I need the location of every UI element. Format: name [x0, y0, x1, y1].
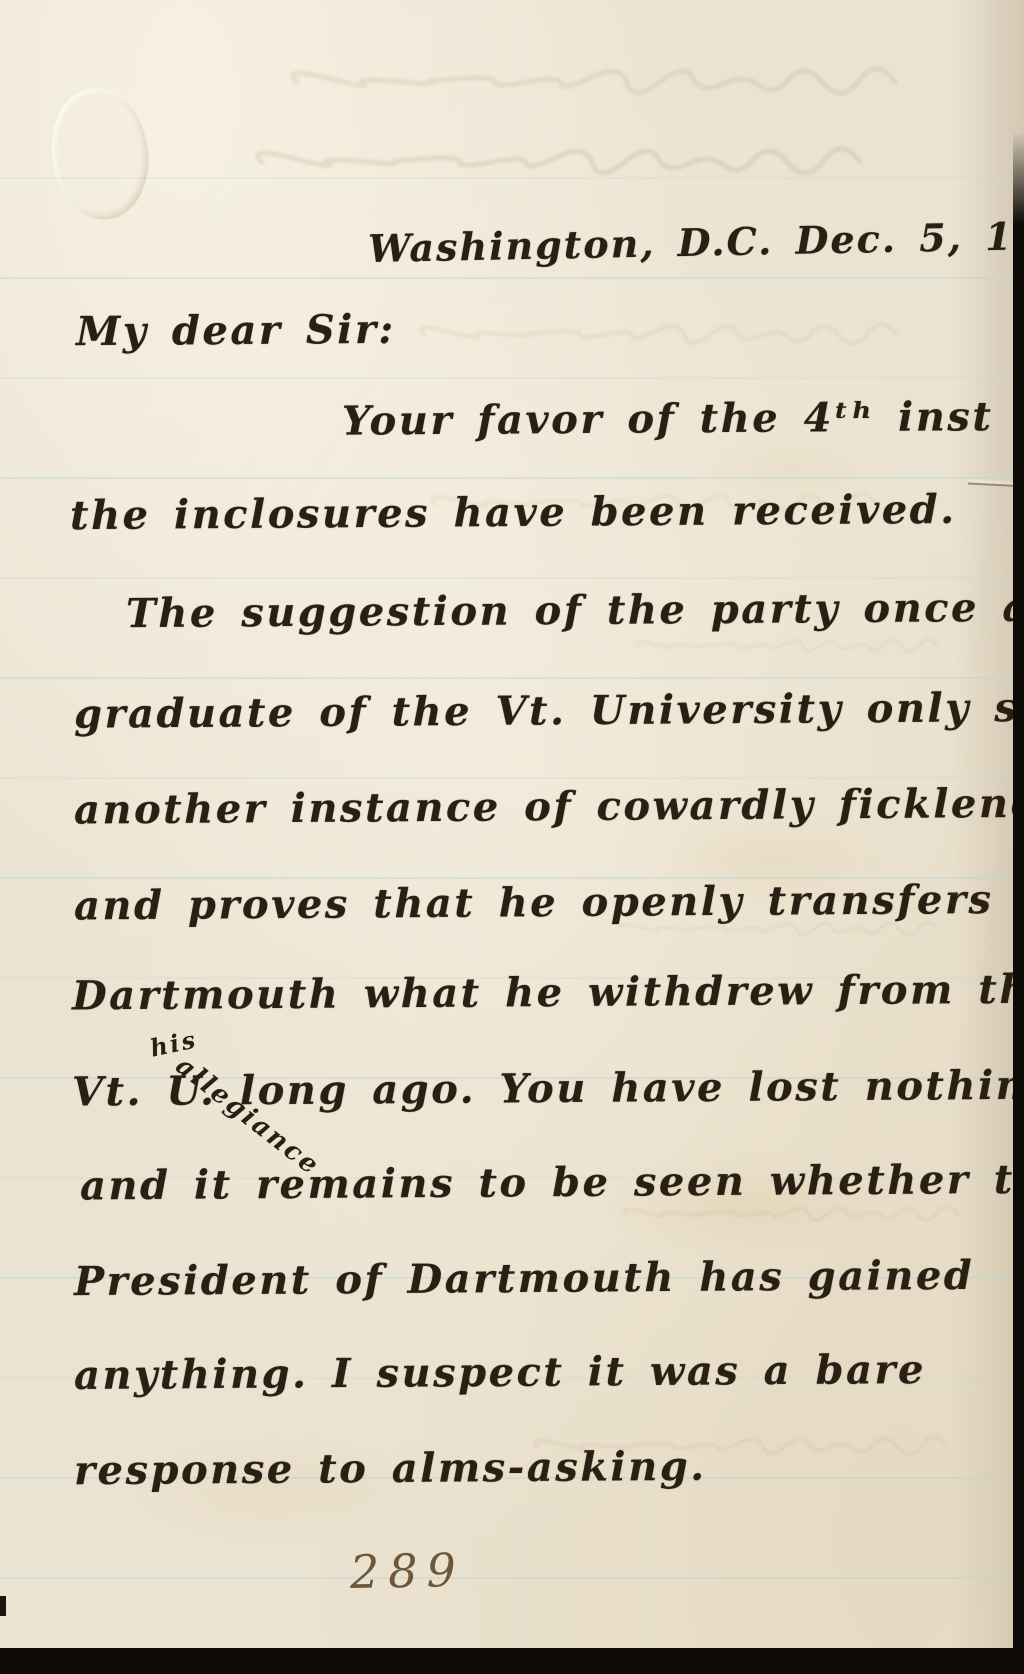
ruled-line: [0, 577, 1024, 579]
letter-line: another instance of cowardly fickleness: [74, 780, 1024, 833]
letter-line: and proves that he openly transfers to: [74, 877, 1024, 930]
scan-background-bottom: [0, 1648, 1024, 1674]
letter-line: anything. I suspect it was a bare: [74, 1347, 926, 1399]
ruled-line: [0, 777, 1024, 779]
letter-line: Dartmouth what he withdrew from the: [72, 967, 1024, 1020]
letter-line: President of Dartmouth has gained: [74, 1253, 975, 1305]
ruled-line: [0, 277, 1024, 279]
bleed-through-ghost: [90, 128, 881, 192]
letter-dateline: Washington, D.C. Dec. 5, 1899: [368, 213, 1024, 271]
ruled-line: [0, 1577, 1024, 1579]
letter-line: graduate of the Vt. University only show…: [74, 684, 1024, 737]
scan-edge-mark: [0, 1596, 6, 1616]
letter-line: The suggestion of the party once a: [126, 585, 1024, 637]
bleed-through-ghost: [140, 48, 901, 112]
letter-line: the inclosures have been received.: [70, 487, 957, 539]
page-number: 289: [350, 1544, 466, 1599]
ruled-line: [0, 677, 1024, 679]
letter-line: Your favor of the 4ᵗʰ inst and: [342, 393, 1024, 444]
scan-background-right: [1013, 132, 1024, 1674]
letter-line: response to alms-asking.: [74, 1444, 707, 1494]
ruled-line: [0, 377, 1024, 379]
scanned-letter-page: Washington, D.C. Dec. 5, 1899 My dear Si…: [0, 0, 1024, 1674]
letter-salutation: My dear Sir:: [76, 307, 396, 355]
letter-line: and it remains to be seen whether the: [80, 1157, 1024, 1210]
